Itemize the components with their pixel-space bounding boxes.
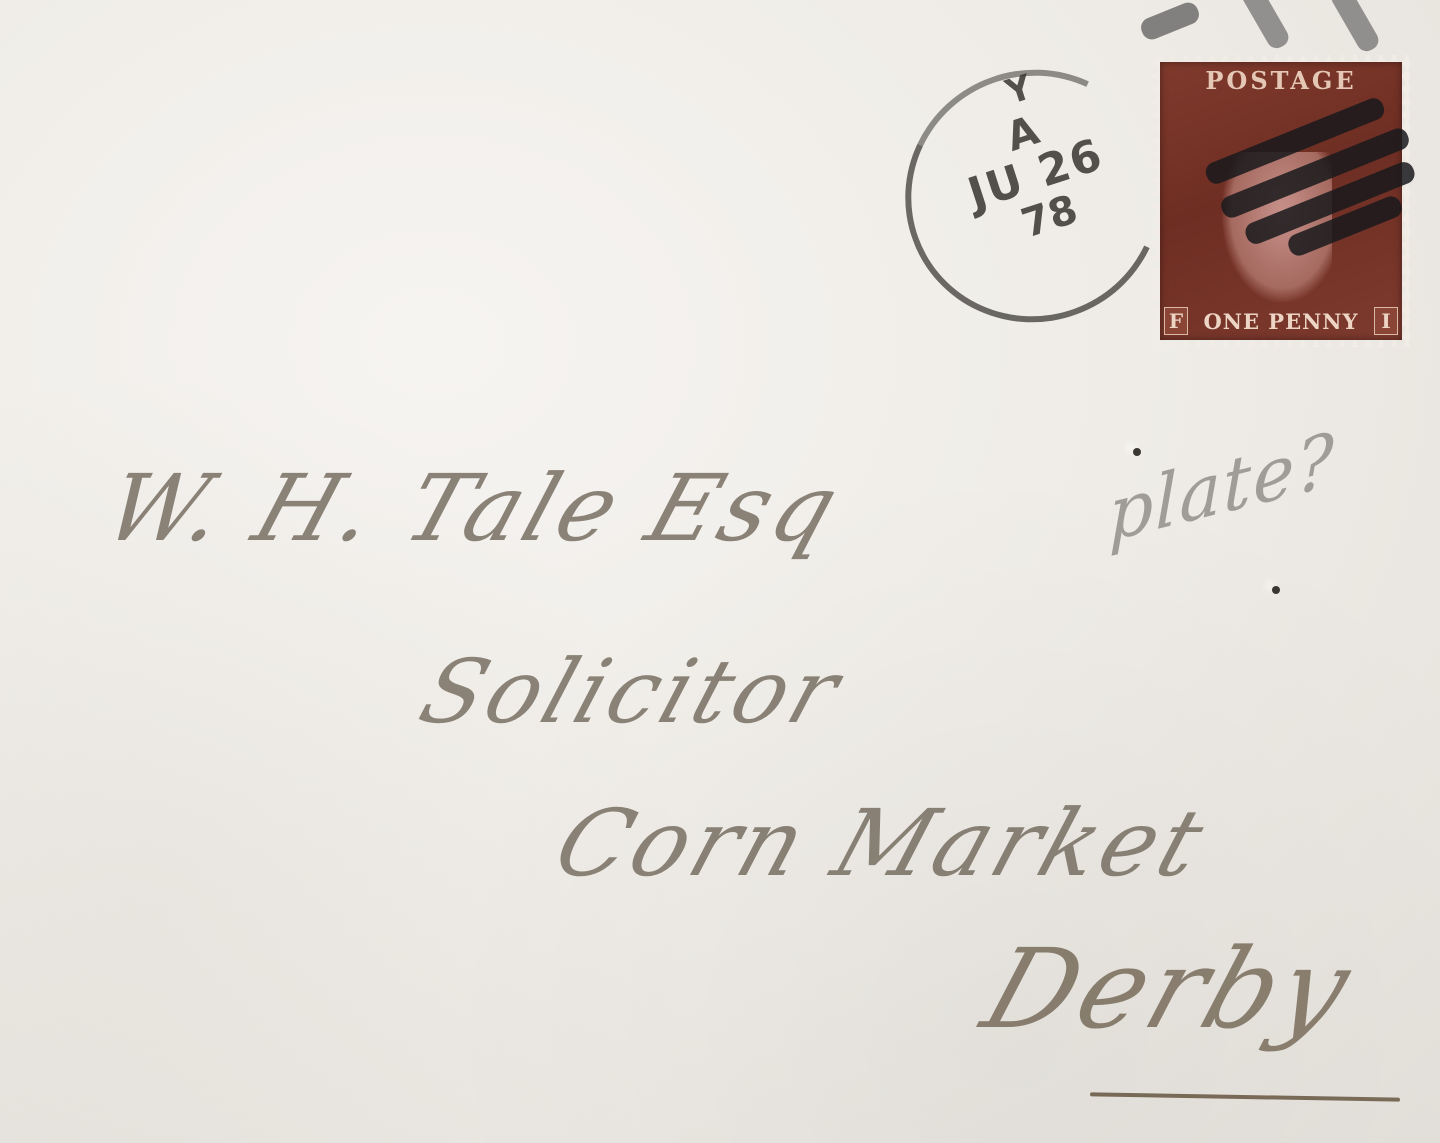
addressee-title: Solicitor	[408, 640, 855, 743]
pencil-annotation: plate?	[1108, 415, 1335, 558]
stamp-bottom-panel: F ONE PENNY I	[1160, 306, 1402, 336]
cancel-bar	[1328, 0, 1382, 55]
stamp-value-text: ONE PENNY	[1204, 309, 1359, 334]
pinhole	[1272, 586, 1280, 594]
address-street: Corn Market	[543, 790, 1220, 897]
address-town: Derby	[969, 925, 1369, 1053]
pinhole	[1133, 448, 1141, 456]
cancel-bar	[1238, 0, 1292, 52]
cancel-bar	[1138, 0, 1202, 42]
envelope: Y A JU 26 78 POSTAGE F ONE PENNY I plate…	[0, 0, 1440, 1143]
stamp-top-text: POSTAGE	[1160, 66, 1402, 95]
addressee-name: W. H. Tale Esq	[93, 455, 855, 562]
stamp-corner-letter-left: F	[1164, 307, 1188, 335]
stamp-corner-letter-right: I	[1374, 307, 1398, 335]
town-underline	[1090, 1092, 1400, 1101]
